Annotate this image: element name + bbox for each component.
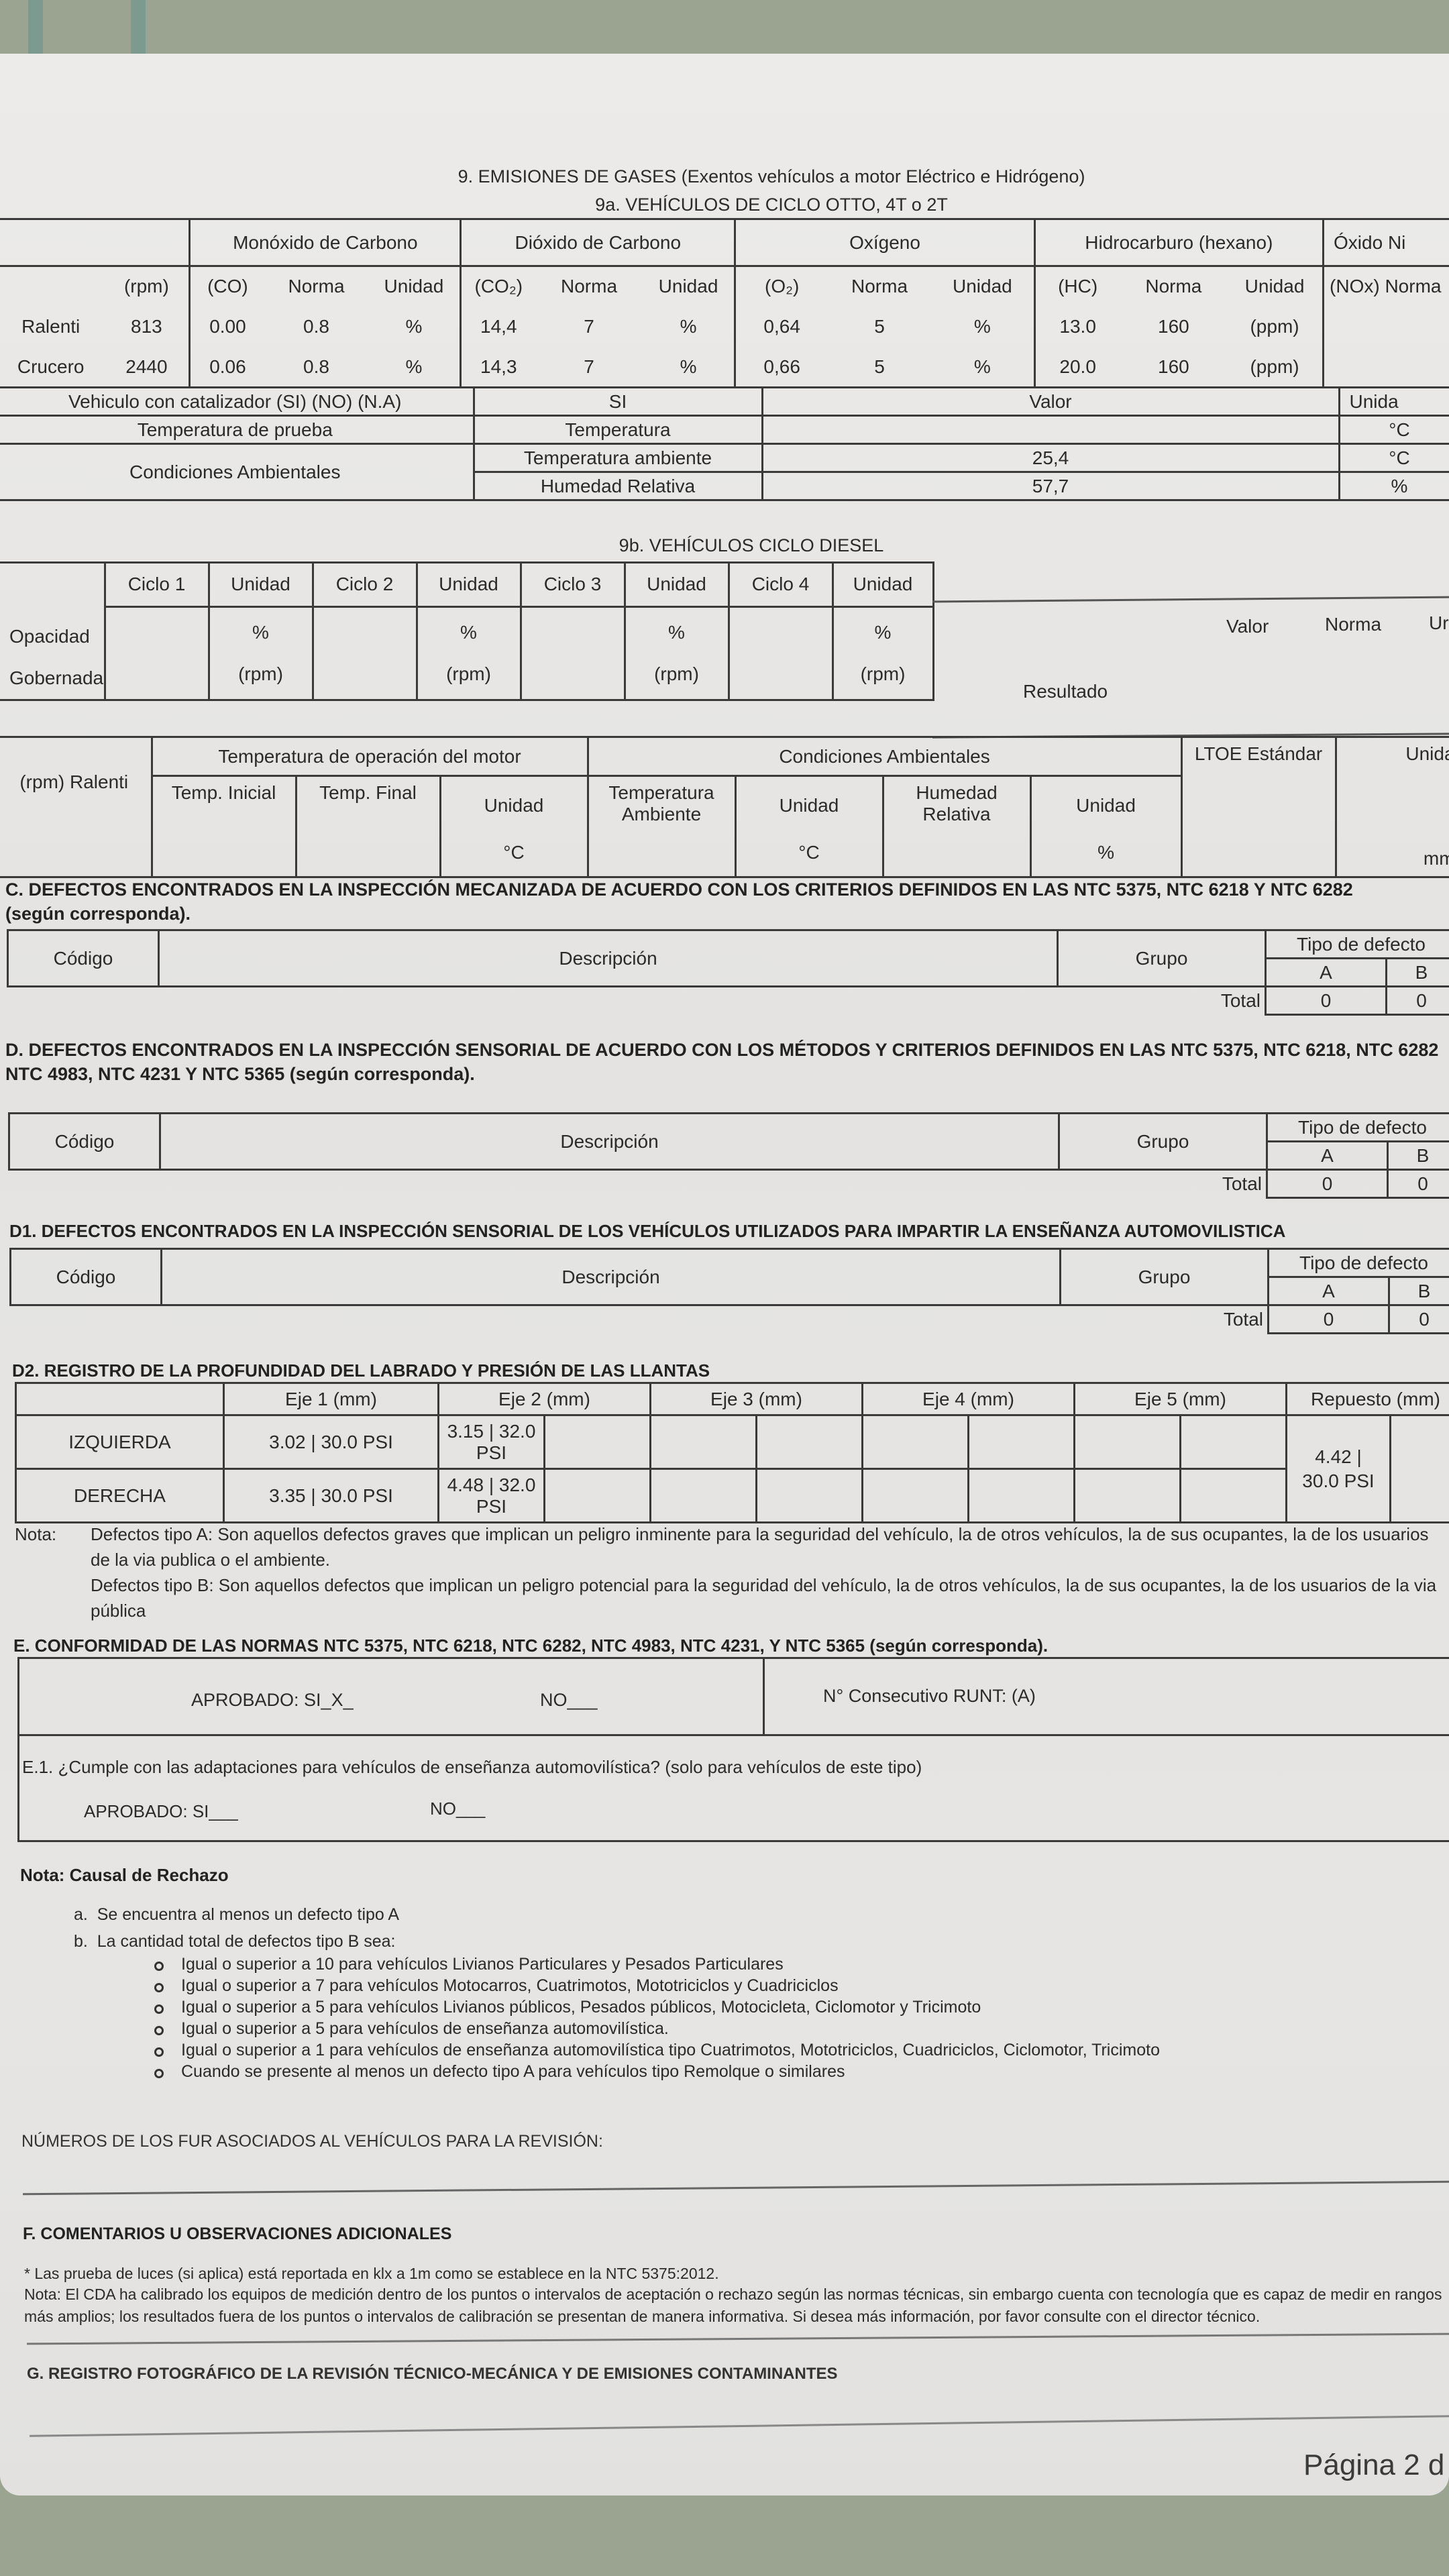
- group-nox: Óxido Ni: [1324, 219, 1449, 266]
- list-item: Igual o superior a 5 para vehículos Livi…: [146, 1996, 1448, 2018]
- hdr-ciclo-1: Ciclo 1: [105, 563, 209, 607]
- eje-4-value-b: [969, 1415, 1075, 1469]
- photo-record-line: [30, 2415, 1449, 2437]
- section-9a-title: 9a. VEHÍCULOS DE CICLO OTTO, 4T o 2T: [470, 195, 1073, 215]
- rechazo-bullets: Igual o superior a 10 para vehículos Liv…: [146, 1953, 1448, 2082]
- unit-rpm: (rpm): [210, 653, 312, 695]
- e1-question: E.1. ¿Cumple con las adaptaciones para v…: [22, 1757, 922, 1778]
- ciclo-4-value: [729, 606, 833, 700]
- unidad-label: Unida: [1405, 743, 1449, 764]
- conformidad-hline: [19, 1734, 1449, 1736]
- eje-2-value-b: [545, 1415, 651, 1469]
- opacidad-label: Opacidad: [9, 616, 104, 657]
- list-item: Igual o superior a 1 para vehículos de e…: [146, 2039, 1448, 2061]
- eje-3-value-b: [757, 1469, 863, 1523]
- table-row-ralenti: Ralenti 813 0.00 0.8 % 14,4 7 % 0,64 5 %…: [0, 307, 1449, 347]
- section-c-title: C. DEFECTOS ENCONTRADOS EN LA INSPECCIÓN…: [5, 877, 1401, 926]
- list-item: Igual o superior a 10 para vehículos Liv…: [146, 1953, 1448, 1975]
- section-f-title: F. COMENTARIOS U OBSERVACIONES ADICIONAL…: [23, 2224, 451, 2244]
- co2-value: 14,4: [461, 307, 536, 347]
- hdr-ciclo-3: Ciclo 3: [521, 563, 625, 607]
- list-item: Cuando se presente al menos un defecto t…: [146, 2061, 1448, 2082]
- unit-pct: %: [418, 612, 520, 653]
- group-hc: Hidrocarburo (hexano): [1034, 219, 1323, 266]
- total-a: 0: [1269, 1305, 1389, 1334]
- unit-pct: %: [210, 612, 312, 653]
- divider: [932, 596, 1449, 603]
- section-d-title: D. DEFECTOS ENCONTRADOS EN LA INSPECCIÓN…: [5, 1038, 1448, 1086]
- hdr-hc-norma: Norma: [1120, 266, 1227, 307]
- e1-aprobado-si[interactable]: APROBADO: SI___: [84, 1801, 238, 1822]
- defects-sensorial-table: Código Descripción Grupo Tipo de defecto…: [8, 1112, 1449, 1199]
- o2-norma: 5: [828, 347, 931, 387]
- repuesto-value-b: [1391, 1415, 1449, 1523]
- fur-title: NÚMEROS DE LOS FUR ASOCIADOS AL VEHÍCULO…: [21, 2132, 603, 2151]
- aprobado-si[interactable]: APROBADO: SI_X_: [191, 1690, 354, 1711]
- background-stripe: [131, 0, 146, 54]
- ltoe-label: LTOE Estándar: [1181, 737, 1336, 877]
- eje-2-value: 4.48 | 32.0 PSI: [439, 1469, 545, 1523]
- col-tipo-defecto: Tipo de defecto: [1266, 930, 1449, 959]
- e1-aprobado-no[interactable]: NO___: [430, 1799, 485, 1819]
- background-stripe: [28, 0, 43, 54]
- co2-norma: 7: [535, 307, 642, 347]
- eje-5-value: [1075, 1469, 1181, 1523]
- col-descripcion: Descripción: [159, 930, 1058, 987]
- nota-tipo-a: Defectos tipo A: Son aquellos defectos g…: [91, 1521, 1446, 1572]
- unit-pct: %: [626, 612, 728, 653]
- col-codigo: Código: [8, 930, 159, 987]
- o2-value: 0,66: [735, 347, 828, 387]
- nox-value: [1324, 347, 1449, 387]
- o2-value: 0,64: [735, 307, 828, 347]
- unit-pct: %: [1032, 829, 1181, 876]
- temperatura-value: [762, 416, 1339, 444]
- hdr-o2: (O₂): [735, 266, 828, 307]
- col-descripcion: Descripción: [162, 1249, 1061, 1305]
- rechazo-title: Nota: Causal de Rechazo: [20, 1865, 229, 1886]
- section-9-title: 9. EMISIONES DE GASES (Exentos vehículos…: [402, 166, 1140, 187]
- hdr-co-norma: Norma: [264, 266, 368, 307]
- total-a: 0: [1267, 1170, 1388, 1198]
- repuesto-value: 4.42 | 30.0 PSI: [1287, 1415, 1391, 1523]
- rpm-ralenti-label: (rpm) Ralenti: [0, 737, 152, 877]
- hc-norma: 160: [1120, 307, 1227, 347]
- hdr-nox-norma: (NOx) Norma: [1324, 266, 1449, 307]
- norma-label: Norma: [1325, 614, 1381, 635]
- row-label: IZQUIERDA: [16, 1415, 224, 1469]
- eje-1-value: 3.02 | 30.0 PSI: [224, 1415, 439, 1469]
- aprobado-no[interactable]: NO___: [540, 1690, 598, 1711]
- hdr-eje-4: Eje 4 (mm): [863, 1383, 1075, 1415]
- total-label: Total: [9, 1170, 1267, 1198]
- co-norma: 0.8: [264, 307, 368, 347]
- temp-amb-label: Temperatura Ambiente: [588, 776, 735, 877]
- conformidad-box: APROBADO: SI_X_ NO___ N° Consecutivo RUN…: [17, 1657, 1449, 1842]
- gobernada-label: Gobernada: [9, 657, 104, 699]
- hc-value: 13.0: [1034, 307, 1120, 347]
- hdr-eje-2: Eje 2 (mm): [439, 1383, 651, 1415]
- valor-header: Valor: [762, 388, 1339, 416]
- hdr-o2-norma: Norma: [828, 266, 931, 307]
- conformidad-divider: [763, 1659, 765, 1734]
- rechazo-item-a: a. Se encuentra al menos un defecto tipo…: [74, 1905, 399, 1925]
- unit-rpm: (rpm): [626, 653, 728, 695]
- temp-amb-unit: °C: [1339, 444, 1449, 472]
- hdr-unidad: Unidad: [209, 563, 313, 607]
- temp-amb-label: Temperatura ambiente: [474, 444, 762, 472]
- co2-unit: %: [643, 347, 735, 387]
- section-d1-title: D1. DEFECTOS ENCONTRADOS EN LA INSPECCIÓ…: [9, 1221, 1445, 1242]
- hc-norma: 160: [1120, 347, 1227, 387]
- eje-3-value: [651, 1415, 757, 1469]
- eje-3-value: [651, 1469, 757, 1523]
- defects-mechanized-table: Código Descripción Grupo Tipo de defecto…: [7, 929, 1449, 1016]
- temperatura-label: Temperatura: [474, 416, 762, 444]
- unidad-header: Unida: [1339, 388, 1449, 416]
- o2-unit: %: [931, 307, 1034, 347]
- hdr-unidad: Unidad: [417, 563, 521, 607]
- total-b: 0: [1387, 987, 1449, 1015]
- valor-label: Valor: [1226, 616, 1269, 637]
- hdr-co-unidad: Unidad: [368, 266, 461, 307]
- catalizador-label: Vehiculo con catalizador (SI) (NO) (N.A): [0, 388, 474, 416]
- document-page: 9. EMISIONES DE GASES (Exentos vehículos…: [0, 54, 1449, 2495]
- section-g-title: G. REGISTRO FOTOGRÁFICO DE LA REVISIÓN T…: [27, 2365, 838, 2383]
- section-d2-title: D2. REGISTRO DE LA PROFUNDIDAD DEL LABRA…: [12, 1360, 710, 1381]
- hdr-rpm: (rpm): [104, 266, 190, 307]
- col-tipo-b: B: [1389, 1277, 1449, 1305]
- list-item: Igual o superior a 7 para vehículos Moto…: [146, 1975, 1448, 1996]
- unidad-label: Unidad: [441, 782, 587, 829]
- hdr-co2-norma: Norma: [535, 266, 642, 307]
- rechazo-item-b: b. La cantidad total de defectos tipo B …: [74, 1932, 396, 1951]
- col-tipo-a: A: [1266, 959, 1387, 987]
- section-e-title: E. CONFORMIDAD DE LAS NORMAS NTC 5375, N…: [13, 1635, 1048, 1656]
- eje-1-value: 3.35 | 30.0 PSI: [224, 1469, 439, 1523]
- total-label: Total: [11, 1305, 1269, 1334]
- hc-unit: (ppm): [1227, 307, 1323, 347]
- unit-pct: %: [834, 612, 932, 653]
- unit-celsius: °C: [441, 829, 587, 876]
- eje-4-value: [863, 1415, 969, 1469]
- temperatura-unit: °C: [1339, 416, 1449, 444]
- nox-value: [1324, 307, 1449, 347]
- co-unit: %: [368, 347, 461, 387]
- cond-amb-label: Condiciones Ambientales: [588, 737, 1181, 776]
- hdr-hc-unidad: Unidad: [1227, 266, 1323, 307]
- unit-celsius: °C: [737, 829, 882, 876]
- empty-cell: [0, 219, 190, 266]
- unit-rpm: (rpm): [418, 653, 520, 695]
- temp-inicial-label: Temp. Inicial: [152, 776, 296, 877]
- ciclo-1-value: [105, 606, 209, 700]
- table-row-izquierda: IZQUIERDA 3.02 | 30.0 PSI 3.15 | 32.0 PS…: [16, 1415, 1449, 1469]
- col-tipo-b: B: [1387, 959, 1449, 987]
- diesel-temperature-table: (rpm) Ralenti Temperatura de operación d…: [0, 736, 1449, 878]
- catalizador-value: SI: [474, 388, 762, 416]
- unit-mm: mm: [1424, 848, 1449, 869]
- humedad-unit: %: [1339, 472, 1449, 500]
- tire-tread-table: Eje 1 (mm) Eje 2 (mm) Eje 3 (mm) Eje 4 (…: [15, 1382, 1449, 1523]
- group-co2: Dióxido de Carbono: [461, 219, 735, 266]
- hdr-eje-5: Eje 5 (mm): [1075, 1383, 1287, 1415]
- co2-unit: %: [643, 307, 735, 347]
- eje-5-value-b: [1181, 1469, 1287, 1523]
- co2-norma: 7: [535, 347, 642, 387]
- group-co: Monóxido de Carbono: [190, 219, 461, 266]
- hdr-hc: (HC): [1034, 266, 1120, 307]
- row-label: DERECHA: [16, 1469, 224, 1523]
- co-value: 0.00: [190, 307, 265, 347]
- page-number: Página 2 d: [1303, 2449, 1444, 2482]
- hdr-co2-unidad: Unidad: [643, 266, 735, 307]
- hdr-unidad: Unidad: [833, 563, 933, 607]
- col-grupo: Grupo: [1059, 1114, 1267, 1170]
- col-tipo-defecto: Tipo de defecto: [1269, 1249, 1449, 1277]
- hdr-unidad: Unidad: [625, 563, 729, 607]
- col-grupo: Grupo: [1061, 1249, 1269, 1305]
- emissions-otto-table: Monóxido de Carbono Dióxido de Carbono O…: [0, 218, 1449, 387]
- list-item: Igual o superior a 5 para vehículos de e…: [146, 2018, 1448, 2039]
- eje-5-value-b: [1181, 1415, 1287, 1469]
- unidad-label: Ur: [1429, 612, 1449, 634]
- hdr-co: (CO): [190, 266, 265, 307]
- unidad-label: Unidad: [737, 782, 882, 829]
- eje-4-value: [863, 1469, 969, 1523]
- fur-input-line[interactable]: [23, 2181, 1449, 2196]
- comments-line: [27, 2333, 1449, 2345]
- humedad-value: 57,7: [762, 472, 1339, 500]
- hc-value: 20.0: [1034, 347, 1120, 387]
- col-codigo: Código: [9, 1114, 160, 1170]
- co-unit: %: [368, 307, 461, 347]
- runt-consecutivo: N° Consecutivo RUNT: (A): [823, 1686, 1036, 1707]
- eje-3-value-b: [757, 1415, 863, 1469]
- hc-unit: (ppm): [1227, 347, 1323, 387]
- ciclo-2-value: [313, 606, 417, 700]
- row-label: Ralenti: [0, 307, 104, 347]
- hdr-repuesto: Repuesto (mm): [1287, 1383, 1449, 1415]
- section-9b-title: 9b. VEHÍCULOS CICLO DIESEL: [550, 535, 953, 556]
- humedad-label: Humedad Relativa: [474, 472, 762, 500]
- defects-teaching-table: Código Descripción Grupo Tipo de defecto…: [9, 1248, 1449, 1334]
- table-row-crucero: Crucero 2440 0.06 0.8 % 14,3 7 % 0,66 5 …: [0, 347, 1449, 387]
- eje-5-value: [1075, 1415, 1181, 1469]
- unidad-label: Unidad: [1032, 782, 1181, 829]
- col-descripcion: Descripción: [160, 1114, 1059, 1170]
- hdr-ciclo-2: Ciclo 2: [313, 563, 417, 607]
- unit-rpm: (rpm): [834, 653, 932, 695]
- group-o2: Oxígeno: [735, 219, 1034, 266]
- table-row-derecha: DERECHA 3.35 | 30.0 PSI 4.48 | 32.0 PSI: [16, 1469, 1449, 1523]
- comment-luces: * Las prueba de luces (si aplica) está r…: [24, 2263, 1446, 2284]
- col-tipo-defecto: Tipo de defecto: [1267, 1114, 1449, 1142]
- col-tipo-b: B: [1388, 1142, 1449, 1170]
- col-grupo: Grupo: [1058, 930, 1266, 987]
- nota-label: Nota:: [15, 1521, 56, 1547]
- total-label: Total: [8, 987, 1266, 1015]
- eje-2-value: 3.15 | 32.0 PSI: [439, 1415, 545, 1469]
- total-b: 0: [1388, 1170, 1449, 1198]
- comment-nota-cda: Nota: El CDA ha calibrado los equipos de…: [24, 2284, 1446, 2328]
- temp-motor-label: Temperatura de operación del motor: [152, 737, 588, 776]
- rpm-value: 813: [104, 307, 190, 347]
- hdr-eje-1: Eje 1 (mm): [224, 1383, 439, 1415]
- diesel-cycles-table: Opacidad Gobernada Ciclo 1 Unidad Ciclo …: [0, 561, 934, 701]
- temp-amb-value: 25,4: [762, 444, 1339, 472]
- co-norma: 0.8: [264, 347, 368, 387]
- o2-norma: 5: [828, 307, 931, 347]
- rpm-value: 2440: [104, 347, 190, 387]
- total-a: 0: [1266, 987, 1387, 1015]
- ciclo-3-value: [521, 606, 625, 700]
- co-value: 0.06: [190, 347, 265, 387]
- emissions-conditions-table: Vehiculo con catalizador (SI) (NO) (N.A)…: [0, 386, 1449, 501]
- col-tipo-a: A: [1267, 1142, 1388, 1170]
- nota-tipo-b: Defectos tipo B: Son aquellos defectos q…: [91, 1572, 1446, 1623]
- humedad-label: Humedad Relativa: [883, 776, 1030, 877]
- col-tipo-a: A: [1269, 1277, 1389, 1305]
- temp-final-label: Temp. Final: [296, 776, 440, 877]
- o2-unit: %: [931, 347, 1034, 387]
- temp-prueba-label: Temperatura de prueba: [0, 416, 474, 444]
- row-label: Crucero: [0, 347, 104, 387]
- hdr-eje-3: Eje 3 (mm): [651, 1383, 863, 1415]
- total-b: 0: [1389, 1305, 1449, 1334]
- eje-2-value-b: [545, 1469, 651, 1523]
- cond-amb-label: Condiciones Ambientales: [0, 444, 474, 500]
- co2-value: 14,3: [461, 347, 536, 387]
- hdr-co2: (CO₂): [461, 266, 536, 307]
- hdr-ciclo-4: Ciclo 4: [729, 563, 833, 607]
- empty-cell: [16, 1383, 224, 1415]
- hdr-o2-unidad: Unidad: [931, 266, 1034, 307]
- eje-4-value-b: [969, 1469, 1075, 1523]
- resultado-label: Resultado: [1023, 681, 1108, 702]
- col-codigo: Código: [11, 1249, 162, 1305]
